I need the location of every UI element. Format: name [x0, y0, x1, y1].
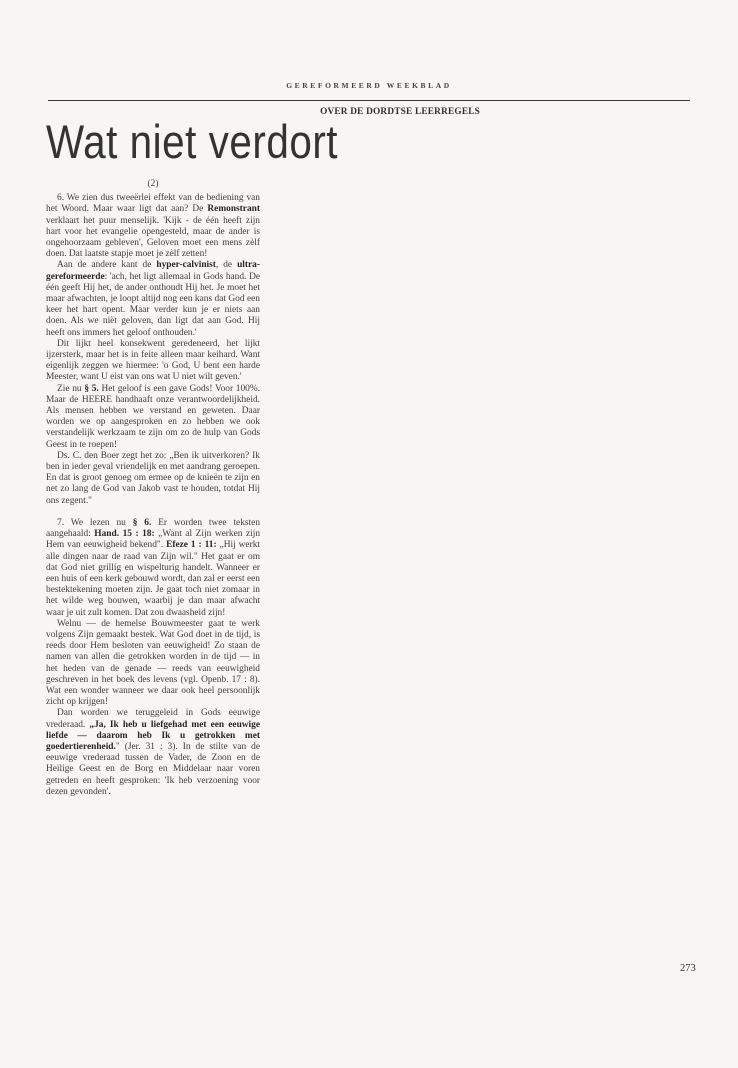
paragraph: Dit lijkt heel konsekwent geredeneerd, h… [46, 339, 260, 384]
column-1: (2) 6. We zien dus tweeërlei effekt van … [46, 179, 260, 798]
running-head: GEREFORMEERD WEEKBLAD [0, 81, 738, 90]
top-rule [48, 100, 690, 101]
paragraph: 6. We zien dus tweeërlei effekt van de b… [46, 193, 260, 260]
paragraph: Dan worden we teruggeleid in Gods eeuwig… [46, 708, 260, 798]
article-title: Wat niet verdort [46, 118, 338, 165]
paragraph: Welnu — de hemelse Bouwmeester gaat te w… [46, 619, 260, 709]
paragraph: 7. We lezen nu § 6. Er worden twee tekst… [46, 518, 260, 619]
part-number: (2) [46, 179, 260, 190]
paragraph: Aan de andere kant de hyper-calvinist, d… [46, 260, 260, 338]
page-number: 273 [680, 963, 696, 974]
paragraph: Ds. C. den Boer zegt het zo: „Ben ik uit… [46, 451, 260, 507]
paragraph: Zie nu § 5. Het geloof is een gave Gods!… [46, 384, 260, 451]
